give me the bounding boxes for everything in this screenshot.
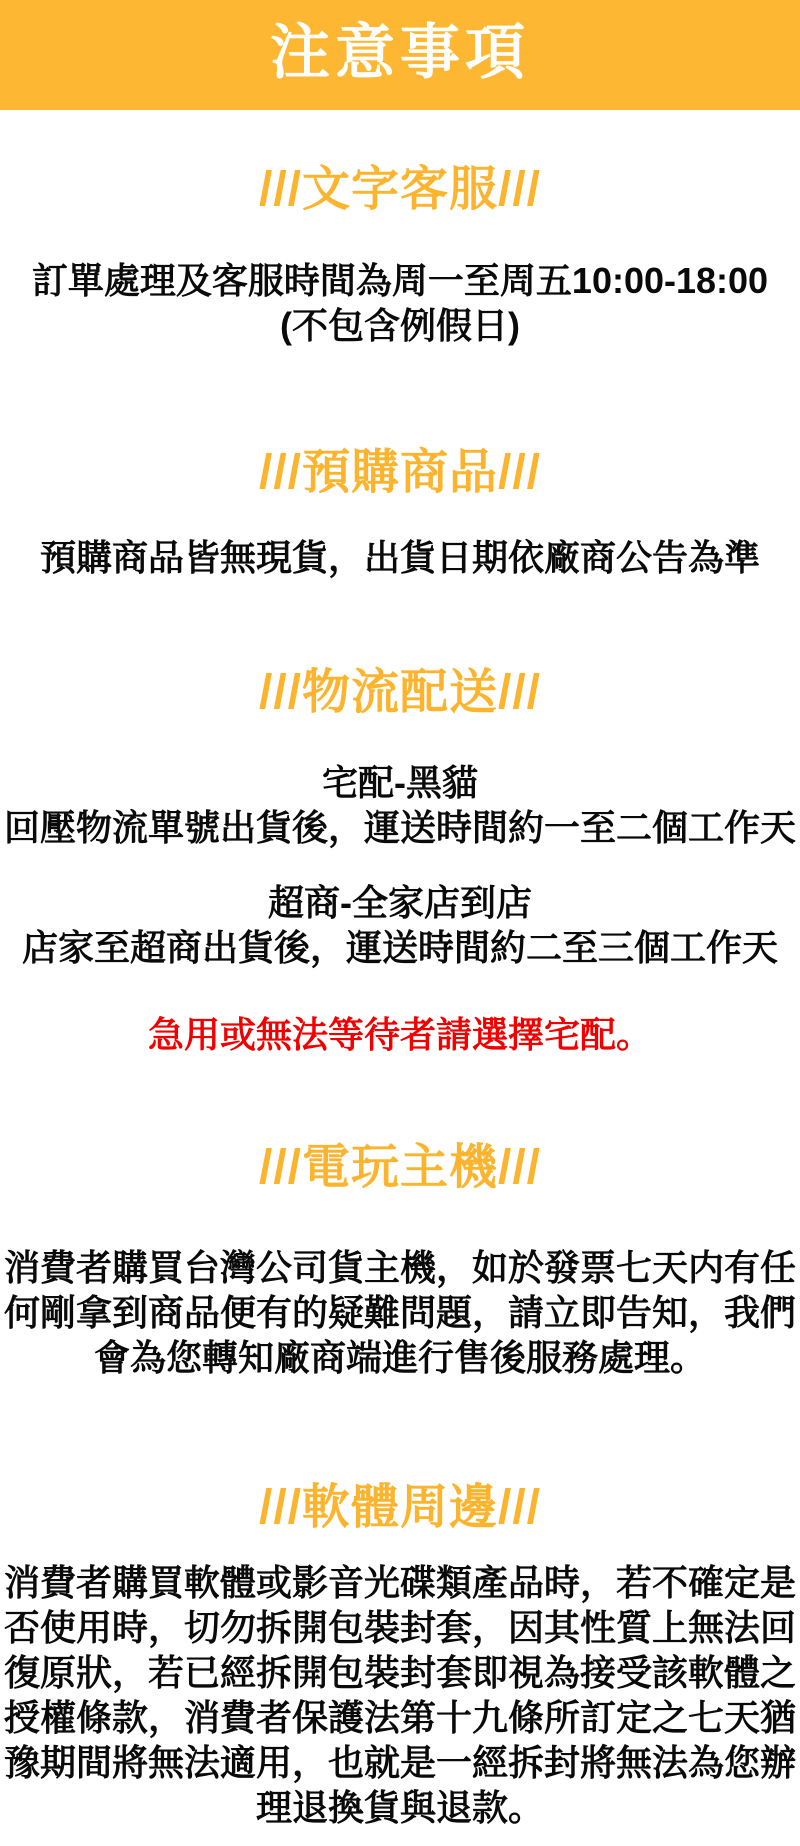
section-header-text-support: ///文字客服/// [0,162,800,218]
store-pickup-title: 超商-全家店到店 [0,880,800,925]
section-header-preorder: ///預購商品/// [0,445,800,501]
holiday-exclusion-text: (不包含例假日) [0,303,800,348]
section-body-preorder: 預購商品皆無現貨，出貨日期依廠商公告為準 [0,535,800,580]
software-policy-line: 授權條款，消費者保護法第十九條所訂定之七天猶 [0,1695,800,1740]
service-hours-text: 訂單處理及客服時間為周一至周五10:00-18:00 [0,258,800,303]
notice-page: 注意事項 ///文字客服/// 訂單處理及客服時間為周一至周五10:00-18:… [0,0,800,1846]
section-header-software: ///軟體周邊/// [0,1480,800,1536]
software-policy-line: 理退換貨與退款。 [0,1785,800,1830]
console-policy-line: 會為您轉知廠商端進行售後服務處理。 [0,1335,800,1380]
section-header-game-console: ///電玩主機/// [0,1140,800,1196]
home-delivery-desc: 回壓物流單號出貨後，運送時間約一至二個工作天 [0,805,800,850]
home-delivery-group: 宅配-黑貓 回壓物流單號出貨後，運送時間約一至二個工作天 [0,760,800,850]
section-logistics: ///物流配送/// 宅配-黑貓 回壓物流單號出貨後，運送時間約一至二個工作天 … [0,665,800,1057]
section-preorder: ///預購商品/// 預購商品皆無現貨，出貨日期依廠商公告為準 [0,445,800,580]
preorder-notice-text: 預購商品皆無現貨，出貨日期依廠商公告為準 [0,535,800,580]
software-policy-line: 豫期間將無法適用，也就是一經拆封將無法為您辦 [0,1740,800,1785]
section-body-software: 消費者購買軟體或影音光碟類產品時，若不確定是 否使用時，切勿拆開包裝封套，因其性… [0,1560,800,1830]
section-body-text-support: 訂單處理及客服時間為周一至周五10:00-18:00 (不包含例假日) [0,258,800,348]
header-banner: 注意事項 [0,0,800,110]
section-header-logistics: ///物流配送/// [0,665,800,721]
section-text-support: ///文字客服/// 訂單處理及客服時間為周一至周五10:00-18:00 (不… [0,162,800,348]
urgent-delivery-warning: 急用或無法等待者請選擇宅配。 [0,1012,800,1057]
home-delivery-title: 宅配-黑貓 [0,760,800,805]
section-body-game-console: 消費者購買台灣公司貨主機，如於發票七天内有任 何剛拿到商品便有的疑難問題，請立即… [0,1245,800,1380]
section-game-console: ///電玩主機/// 消費者購買台灣公司貨主機，如於發票七天内有任 何剛拿到商品… [0,1140,800,1380]
console-policy-line: 何剛拿到商品便有的疑難問題，請立即告知，我們 [0,1290,800,1335]
software-policy-line: 否使用時，切勿拆開包裝封套，因其性質上無法回 [0,1605,800,1650]
console-policy-line: 消費者購買台灣公司貨主機，如於發票七天内有任 [0,1245,800,1290]
software-policy-line: 復原狀，若已經拆開包裝封套即視為接受該軟體之 [0,1650,800,1695]
section-software: ///軟體周邊/// 消費者購買軟體或影音光碟類產品時，若不確定是 否使用時，切… [0,1480,800,1830]
store-pickup-desc: 店家至超商出貨後，運送時間約二至三個工作天 [0,925,800,970]
store-pickup-group: 超商-全家店到店 店家至超商出貨後，運送時間約二至三個工作天 [0,880,800,970]
page-title: 注意事項 [270,23,530,83]
software-policy-line: 消費者購買軟體或影音光碟類產品時，若不確定是 [0,1560,800,1605]
